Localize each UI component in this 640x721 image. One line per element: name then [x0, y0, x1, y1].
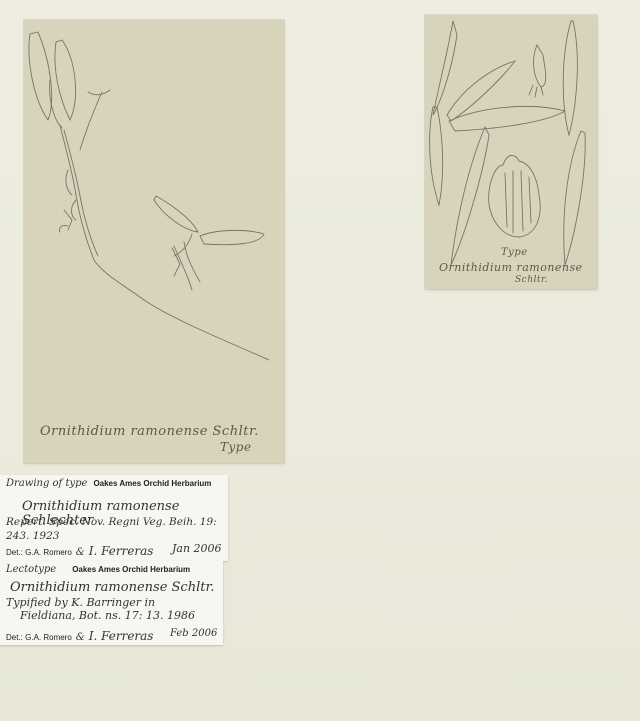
- det-coauthor: I. Ferreras: [89, 544, 154, 558]
- det-date: Jan 2006: [172, 542, 222, 555]
- determination-label-drawing: Drawing of type Oakes Ames Orchid Herbar…: [0, 475, 228, 561]
- floral-dissection-drawing: Type Ornithidium ramonense Schltr.: [425, 15, 597, 289]
- dissection-caption-author: Schltr.: [515, 275, 548, 285]
- det-and: &: [76, 547, 85, 558]
- determiner-line: Det.: G.A. Romero & I. Ferreras: [6, 544, 153, 558]
- orchid-habit-sketch: [24, 20, 284, 463]
- drawing-caption-taxon: Ornithidium ramonense Schltr.: [40, 424, 259, 439]
- herbarium-name: Oakes Ames Orchid Herbarium: [93, 479, 211, 488]
- determiner-line: Det.: G.A. Romero & I. Ferreras: [6, 629, 153, 643]
- det-date: Feb 2006: [170, 628, 217, 639]
- drawing-caption-type: Type: [220, 440, 252, 454]
- determination-label-lectotype: Lectotype Oakes Ames Orchid Herbarium Or…: [0, 561, 223, 645]
- dissection-caption-taxon: Ornithidium ramonense: [439, 261, 583, 274]
- det-and: &: [76, 632, 85, 643]
- typification-line-2: Fieldiana, Bot. ns. 17: 13. 1986: [20, 609, 195, 623]
- det-prefix: Det.: G.A. Romero: [6, 548, 72, 557]
- det-coauthor: I. Ferreras: [89, 629, 154, 643]
- taxon-name: Ornithidium ramonense Schltr.: [10, 581, 214, 595]
- dissection-caption-type: Type: [501, 247, 528, 258]
- status-text: Lectotype: [6, 564, 56, 575]
- habit-drawing: Ornithidium ramonense Schltr. Type: [24, 20, 284, 463]
- det-prefix: Det.: G.A. Romero: [6, 633, 72, 642]
- typification-line-1: Typified by K. Barringer in: [6, 596, 155, 610]
- status-text: Drawing of type: [6, 478, 87, 489]
- citation: Repert. Spec. Nov. Regni Veg. Beih. 19: …: [6, 515, 228, 543]
- herbarium-sheet: Ornithidium ramonense Schltr. Type: [0, 0, 640, 721]
- herbarium-name: Oakes Ames Orchid Herbarium: [72, 565, 190, 574]
